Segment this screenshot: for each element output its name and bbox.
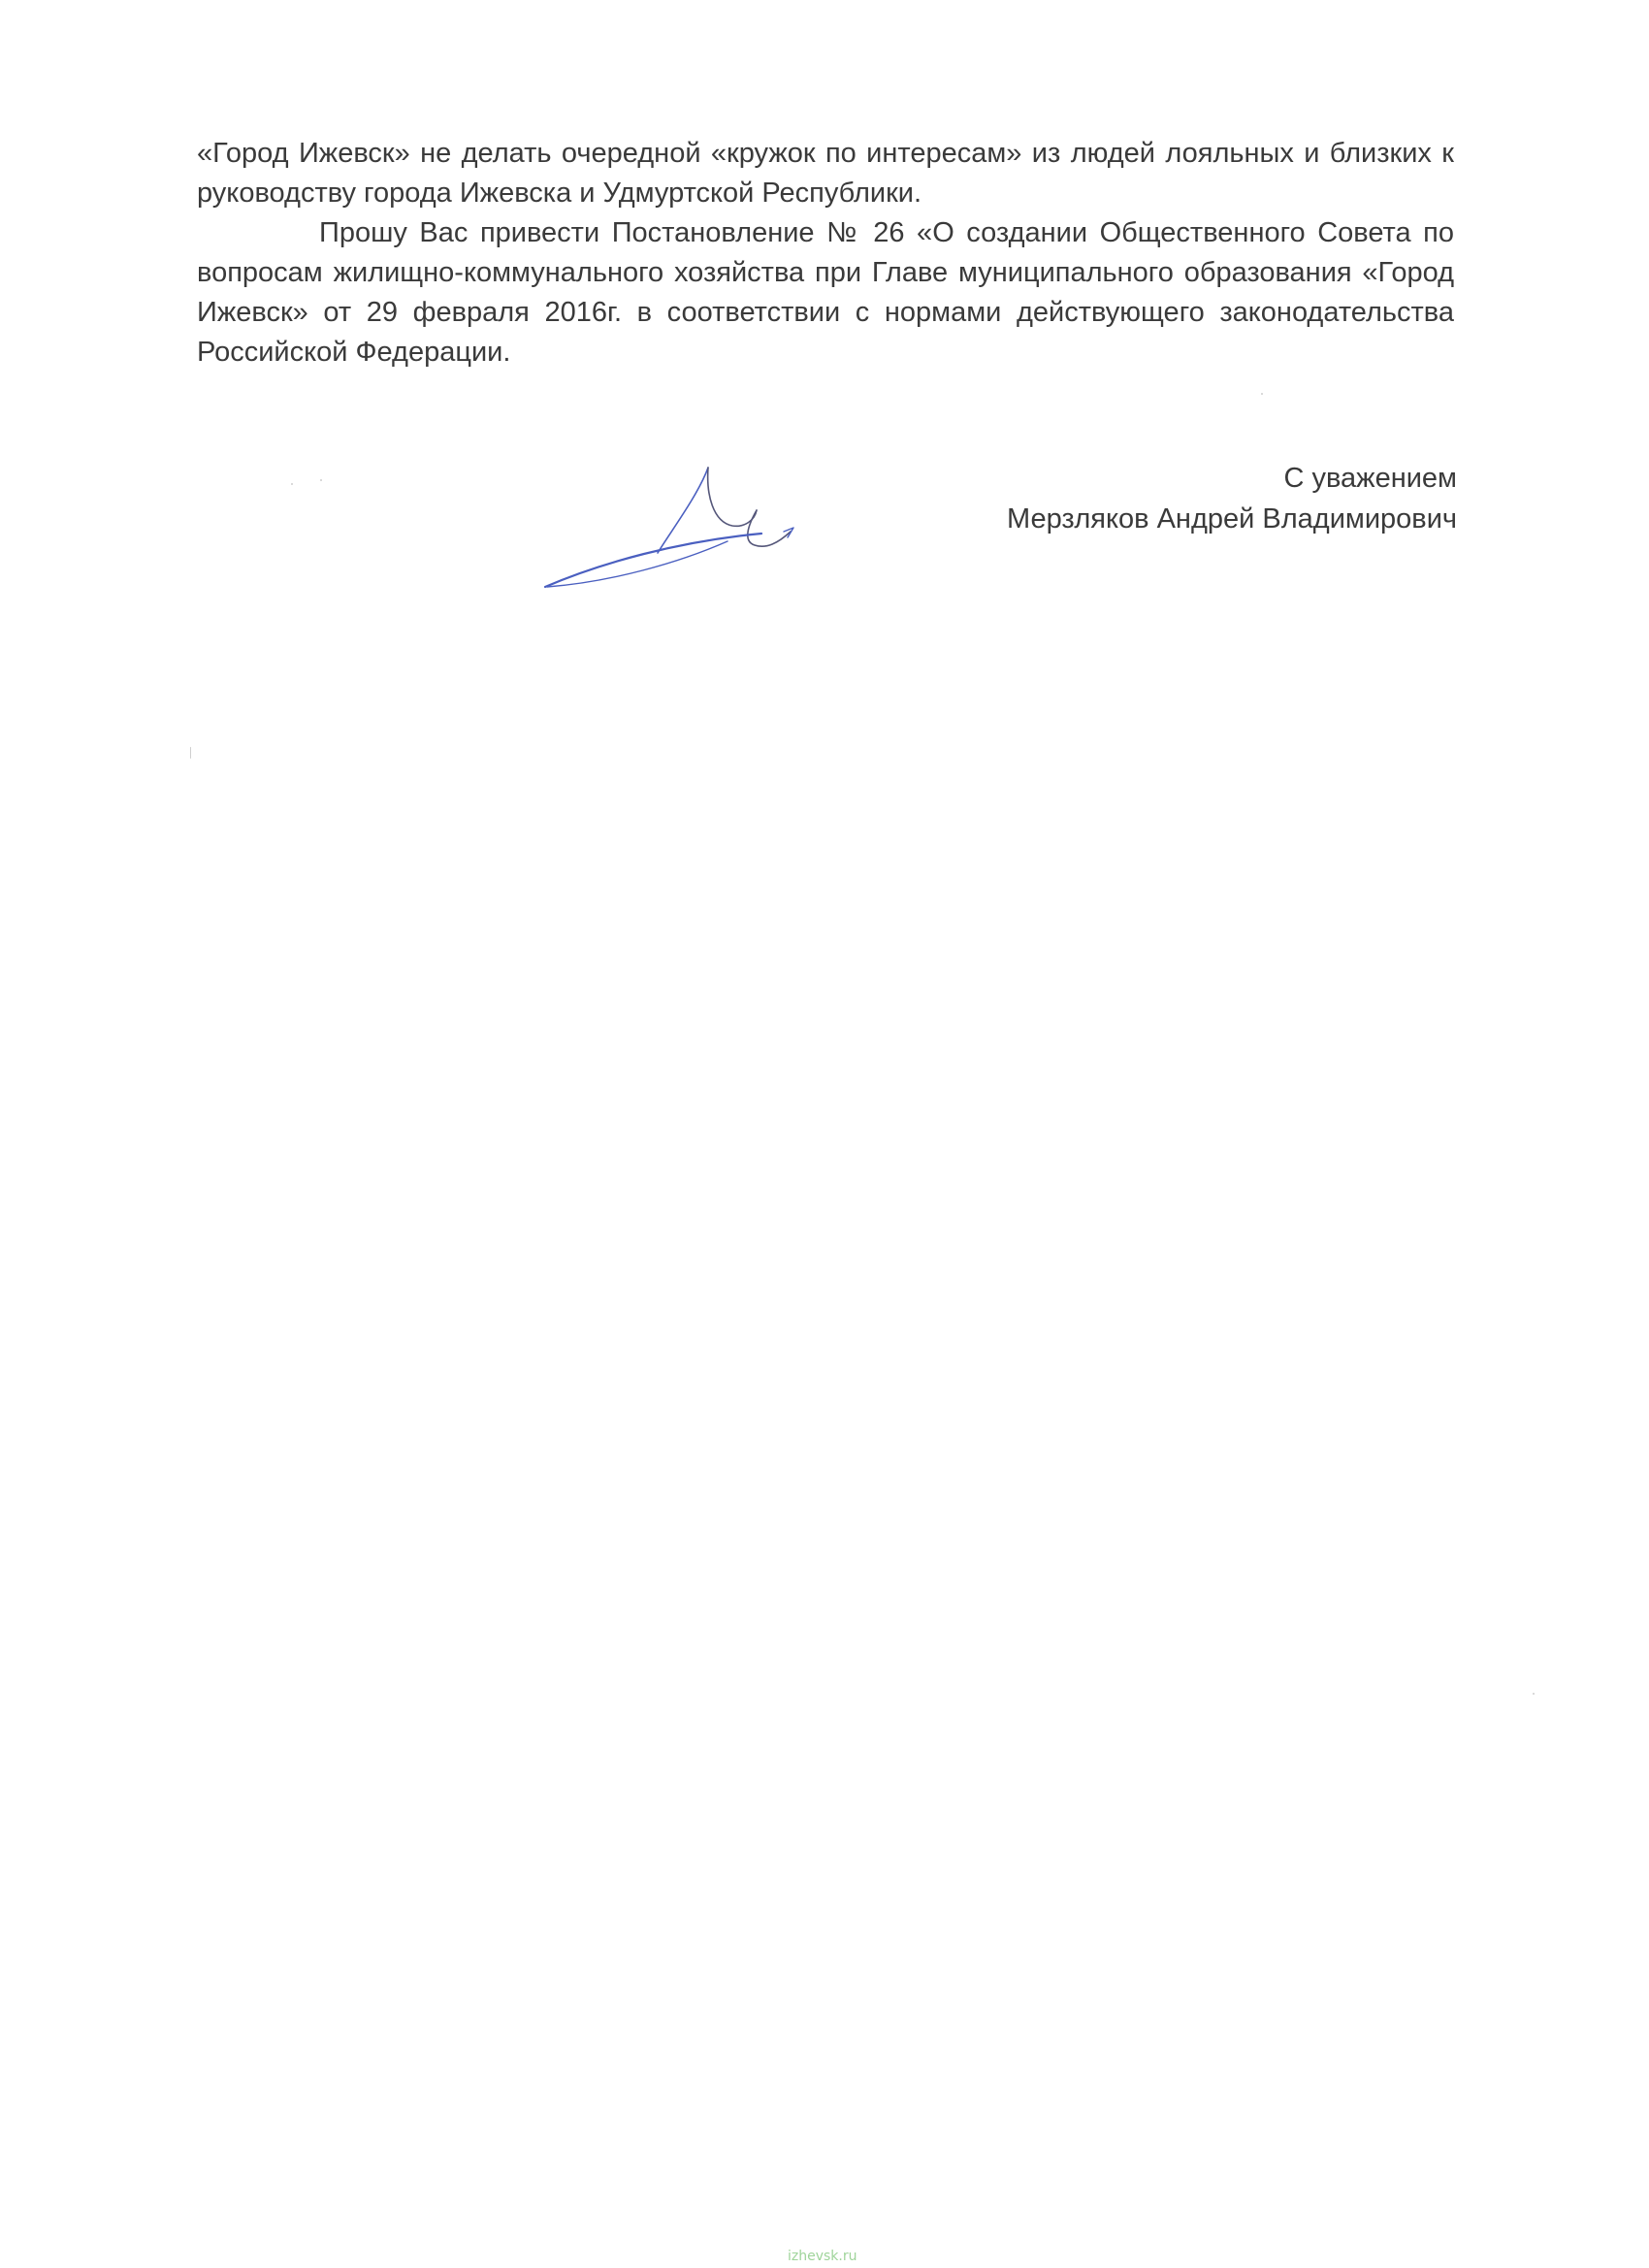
signature-icon: [524, 456, 815, 592]
letter-closing: С уважением Мерзляков Андрей Владимирови…: [1007, 458, 1457, 539]
signer-name: Мерзляков Андрей Владимирович: [1007, 499, 1457, 539]
watermark: izhevsk.ru: [788, 2249, 857, 2264]
paragraph-request: Прошу Вас привести Постановление № 26 «О…: [197, 213, 1454, 373]
scan-speck: [190, 747, 191, 759]
scan-speck: [291, 483, 293, 485]
scan-speck: [320, 479, 322, 481]
scan-speck: [1261, 393, 1263, 395]
scan-speck: [1533, 1693, 1535, 1695]
letter-body: «Город Ижевск» не делать очередной «круж…: [197, 134, 1454, 373]
paragraph-continuation: «Город Ижевск» не делать очередной «круж…: [197, 134, 1454, 213]
salutation: С уважением: [1007, 458, 1457, 499]
